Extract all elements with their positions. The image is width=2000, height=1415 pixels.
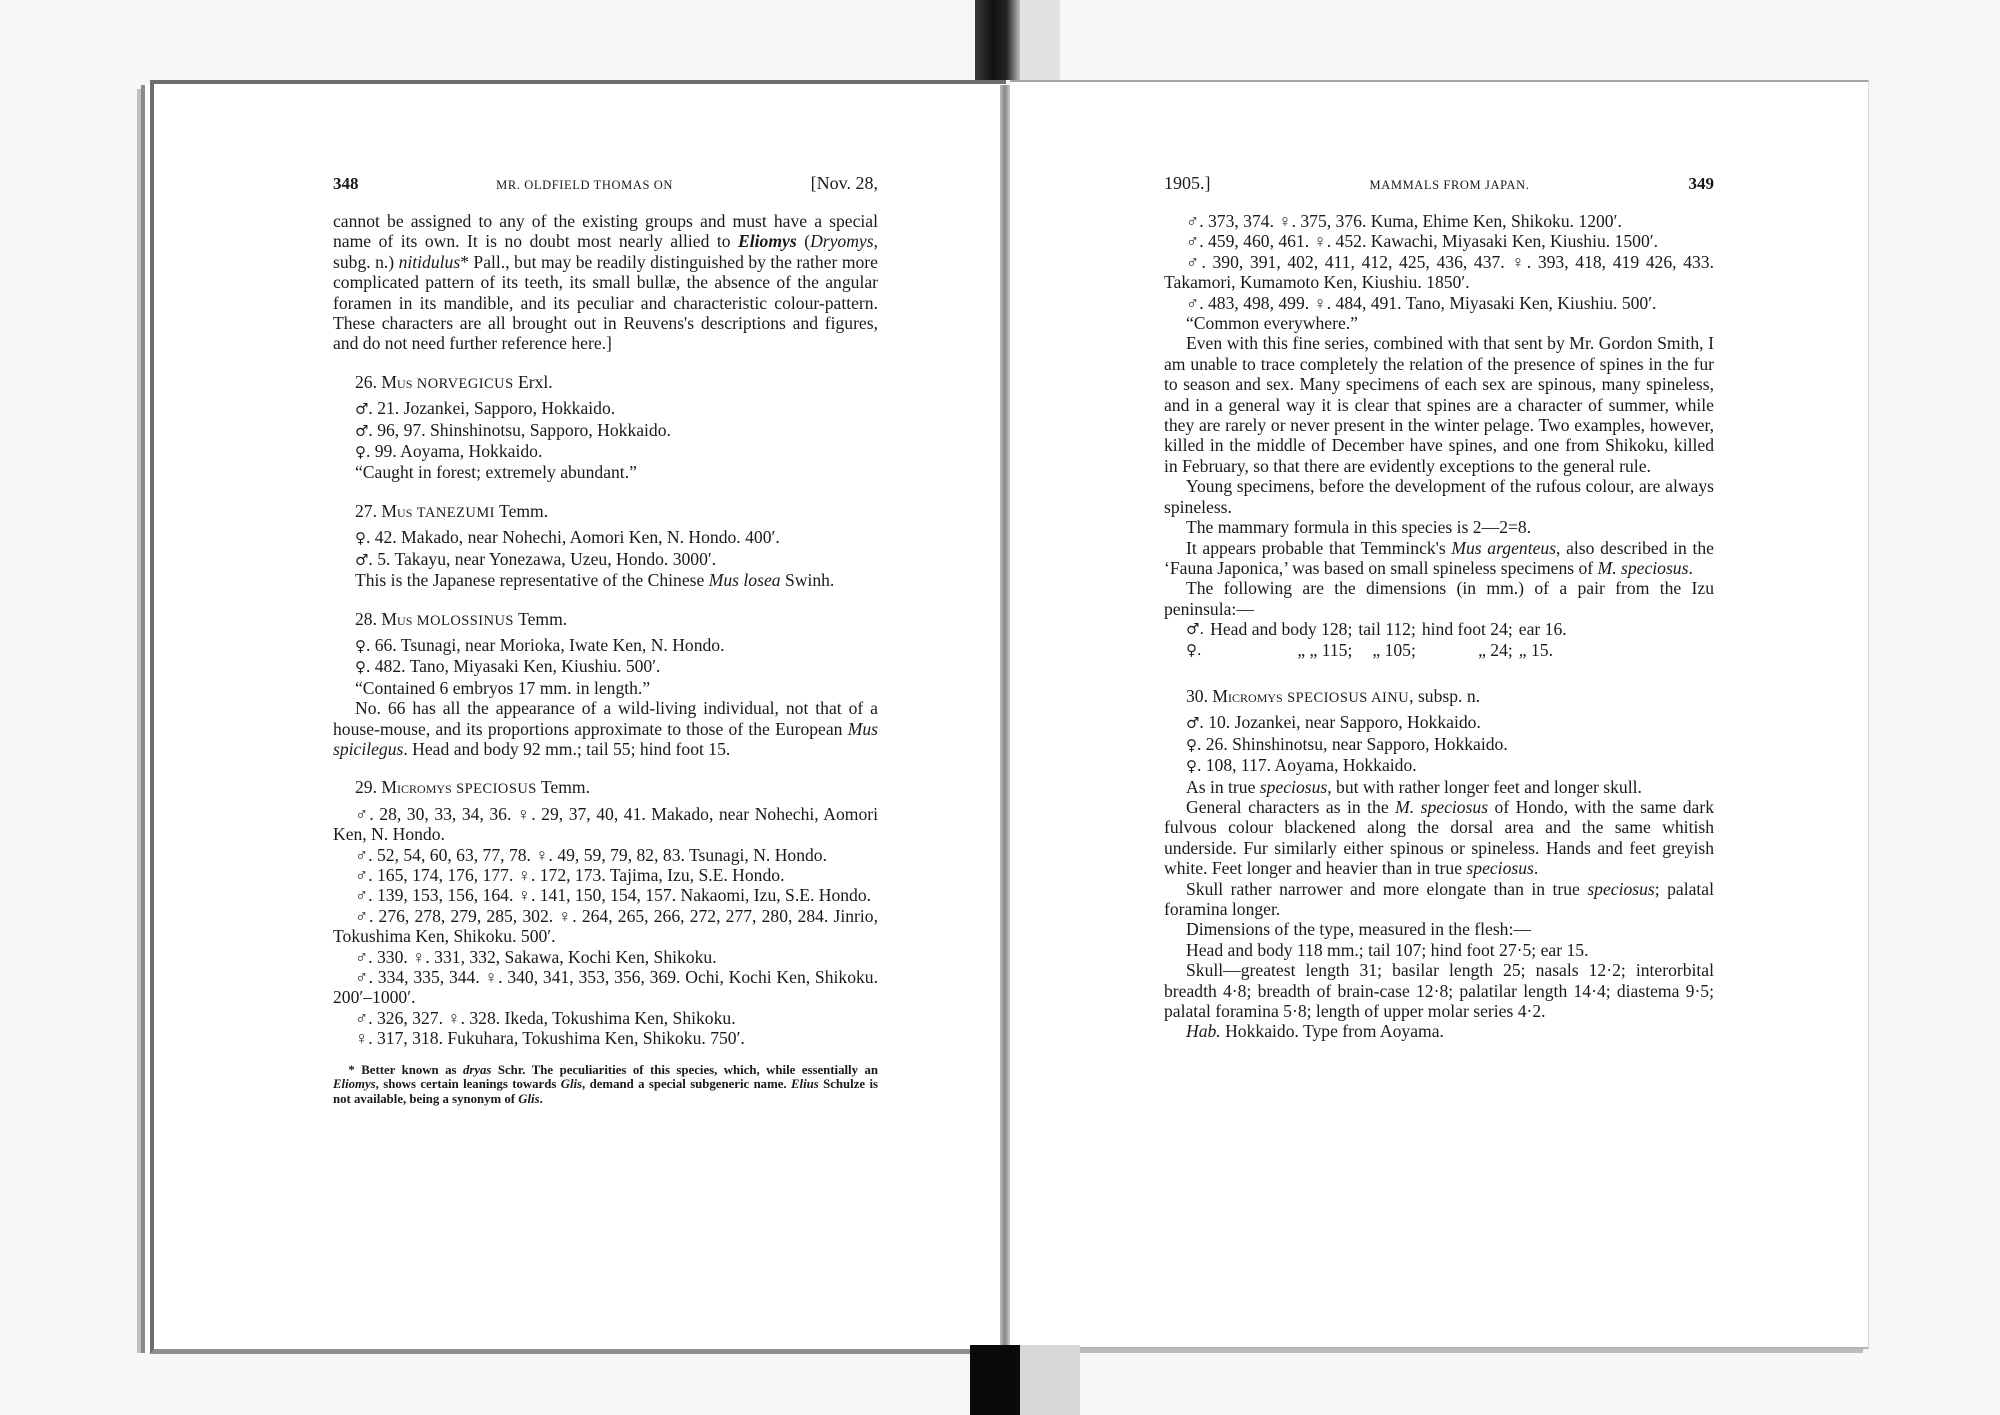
specimen-entry: ♀. 99. Aoyama, Hokkaido.: [333, 441, 878, 462]
species-heading-27: 27. Mus tanezumi Temm.: [333, 501, 878, 523]
species-note: No. 66 has all the appearance of a wild-…: [333, 698, 878, 759]
paragraph-habitat: Hab. Hokkaido. Type from Aoyama.: [1164, 1021, 1714, 1041]
running-date: 1905.]: [1164, 173, 1211, 193]
specimen-entry: ♂. 276, 278, 279, 285, 302. ♀. 264, 265,…: [333, 906, 878, 947]
specimen-entry: ♂. 330. ♀. 331, 332, Sakawa, Kochi Ken, …: [333, 947, 878, 967]
paragraph-skull-dimensions: Skull—greatest length 31; basilar length…: [1164, 960, 1714, 1021]
species-heading-26: 26. Mus norvegicus Erxl.: [333, 372, 878, 394]
paragraph-skull: Skull rather narrower and more elongate …: [1164, 879, 1714, 920]
specimen-entry: ♂. 5. Takayu, near Yonezawa, Uzeu, Hondo…: [333, 549, 878, 570]
right-page-text: 1905.] MAMMALS FROM JAPAN. 349 ♂. 373, 3…: [1164, 173, 1714, 1042]
paragraph-spines: Even with this fine series, combined wit…: [1164, 333, 1714, 476]
specimen-entry: ♂. 10. Jozankei, near Sapporo, Hokkaido.: [1164, 712, 1714, 733]
paragraph-type-dimensions: Head and body 118 mm.; tail 107; hind fo…: [1164, 940, 1714, 960]
book-spine-bottom: [970, 1345, 1020, 1415]
dimensions-table: ♂. Head and body 128; tail 112; hind foo…: [1186, 619, 1573, 660]
species-heading-28: 28. Mus molossinus Temm.: [333, 609, 878, 631]
species-note: This is the Japanese representative of t…: [333, 570, 878, 590]
specimen-entry: ♂. 459, 460, 461. ♀. 452. Kawachi, Miyas…: [1164, 231, 1714, 251]
specimen-entry: ♀. 317, 318. Fukuhara, Tokushima Ken, Sh…: [333, 1028, 878, 1048]
paragraph-type-intro: Dimensions of the type, measured in the …: [1164, 919, 1714, 939]
page-number: 349: [1688, 174, 1714, 194]
specimen-entry: ♂. 165, 174, 176, 177. ♀. 172, 173. Taji…: [333, 865, 878, 885]
opening-paragraph: cannot be assigned to any of the existin…: [333, 211, 878, 354]
collector-note: “Caught in forest; extremely abundant.”: [333, 462, 878, 482]
running-title: MAMMALS FROM JAPAN.: [1370, 175, 1530, 195]
specimen-entry: ♀. 26. Shinshinotsu, near Sapporo, Hokka…: [1164, 734, 1714, 755]
specimen-entry: ♂. 52, 54, 60, 63, 77, 78. ♀. 49, 59, 79…: [333, 845, 878, 865]
paragraph-argenteus: It appears probable that Temminck's Mus …: [1164, 538, 1714, 579]
species-heading-30: 30. Micromys speciosus ainu, subsp. n.: [1164, 686, 1714, 708]
specimen-entry: ♀. 482. Tano, Miyasaki Ken, Kiushiu. 500…: [333, 656, 878, 677]
right-running-head: 1905.] MAMMALS FROM JAPAN. 349: [1164, 173, 1714, 211]
specimen-entry: ♂. 334, 335, 344. ♀. 340, 341, 353, 356,…: [333, 967, 878, 1008]
paragraph-mammary: The mammary formula in this species is 2…: [1164, 517, 1714, 537]
specimen-entry: ♀. 42. Makado, near Nohechi, Aomori Ken,…: [333, 527, 878, 548]
paragraph-young: Young specimens, before the development …: [1164, 476, 1714, 517]
paragraph-general-characters: General characters as in the M. speciosu…: [1164, 797, 1714, 879]
specimen-entry: ♀. 66. Tsunagi, near Morioka, Iwate Ken,…: [333, 635, 878, 656]
specimen-entry: ♂. 326, 327. ♀. 328. Ikeda, Tokushima Ke…: [333, 1008, 878, 1028]
running-date: [Nov. 28,: [811, 173, 878, 193]
book-spine-bottom-shadow: [1020, 1345, 1080, 1415]
specimen-entry: ♀. 108, 117. Aoyama, Hokkaido.: [1164, 755, 1714, 776]
specimen-entry: ♂. 139, 153, 156, 164. ♀. 141, 150, 154,…: [333, 885, 878, 905]
book-gutter: [1000, 85, 1010, 1347]
specimen-entry: ♂. 373, 374. ♀. 375, 376. Kuma, Ehime Ke…: [1164, 211, 1714, 231]
specimen-entry: ♂. 21. Jozankei, Sapporo, Hokkaido.: [333, 398, 878, 419]
table-row: ♀. „ „ 115; „ 105; „ 24; „ 15.: [1186, 640, 1573, 660]
species-heading-29: 29. Micromys speciosus Temm.: [333, 777, 878, 799]
book-spine-top-shadow: [1020, 0, 1060, 80]
left-running-head: 348 MR. OLDFIELD THOMAS ON [Nov. 28,: [333, 173, 878, 211]
footnote: * Better known as dryas Schr. The peculi…: [333, 1063, 878, 1107]
specimen-entry: ♂. 96, 97. Shinshinotsu, Sapporo, Hokkai…: [333, 420, 878, 441]
book-spine-top: [975, 0, 1020, 80]
left-page-text: 348 MR. OLDFIELD THOMAS ON [Nov. 28, can…: [333, 173, 878, 1106]
specimen-entry: ♂. 390, 391, 402, 411, 412, 425, 436, 43…: [1164, 252, 1714, 293]
paragraph-as-in-true: As in true speciosus, but with rather lo…: [1164, 777, 1714, 797]
collector-note: “Common everywhere.”: [1164, 313, 1714, 333]
paragraph-dimensions-intro: The following are the dimensions (in mm.…: [1164, 578, 1714, 619]
page-number: 348: [333, 174, 359, 194]
specimen-entry: ♂. 483, 498, 499. ♀. 484, 491. Tano, Miy…: [1164, 293, 1714, 313]
specimen-entry: ♂. 28, 30, 33, 34, 36. ♀. 29, 37, 40, 41…: [333, 804, 878, 845]
table-row: ♂. Head and body 128; tail 112; hind foo…: [1186, 619, 1573, 639]
running-title: MR. OLDFIELD THOMAS ON: [496, 175, 673, 195]
collector-note: “Contained 6 embryos 17 mm. in length.”: [333, 678, 878, 698]
